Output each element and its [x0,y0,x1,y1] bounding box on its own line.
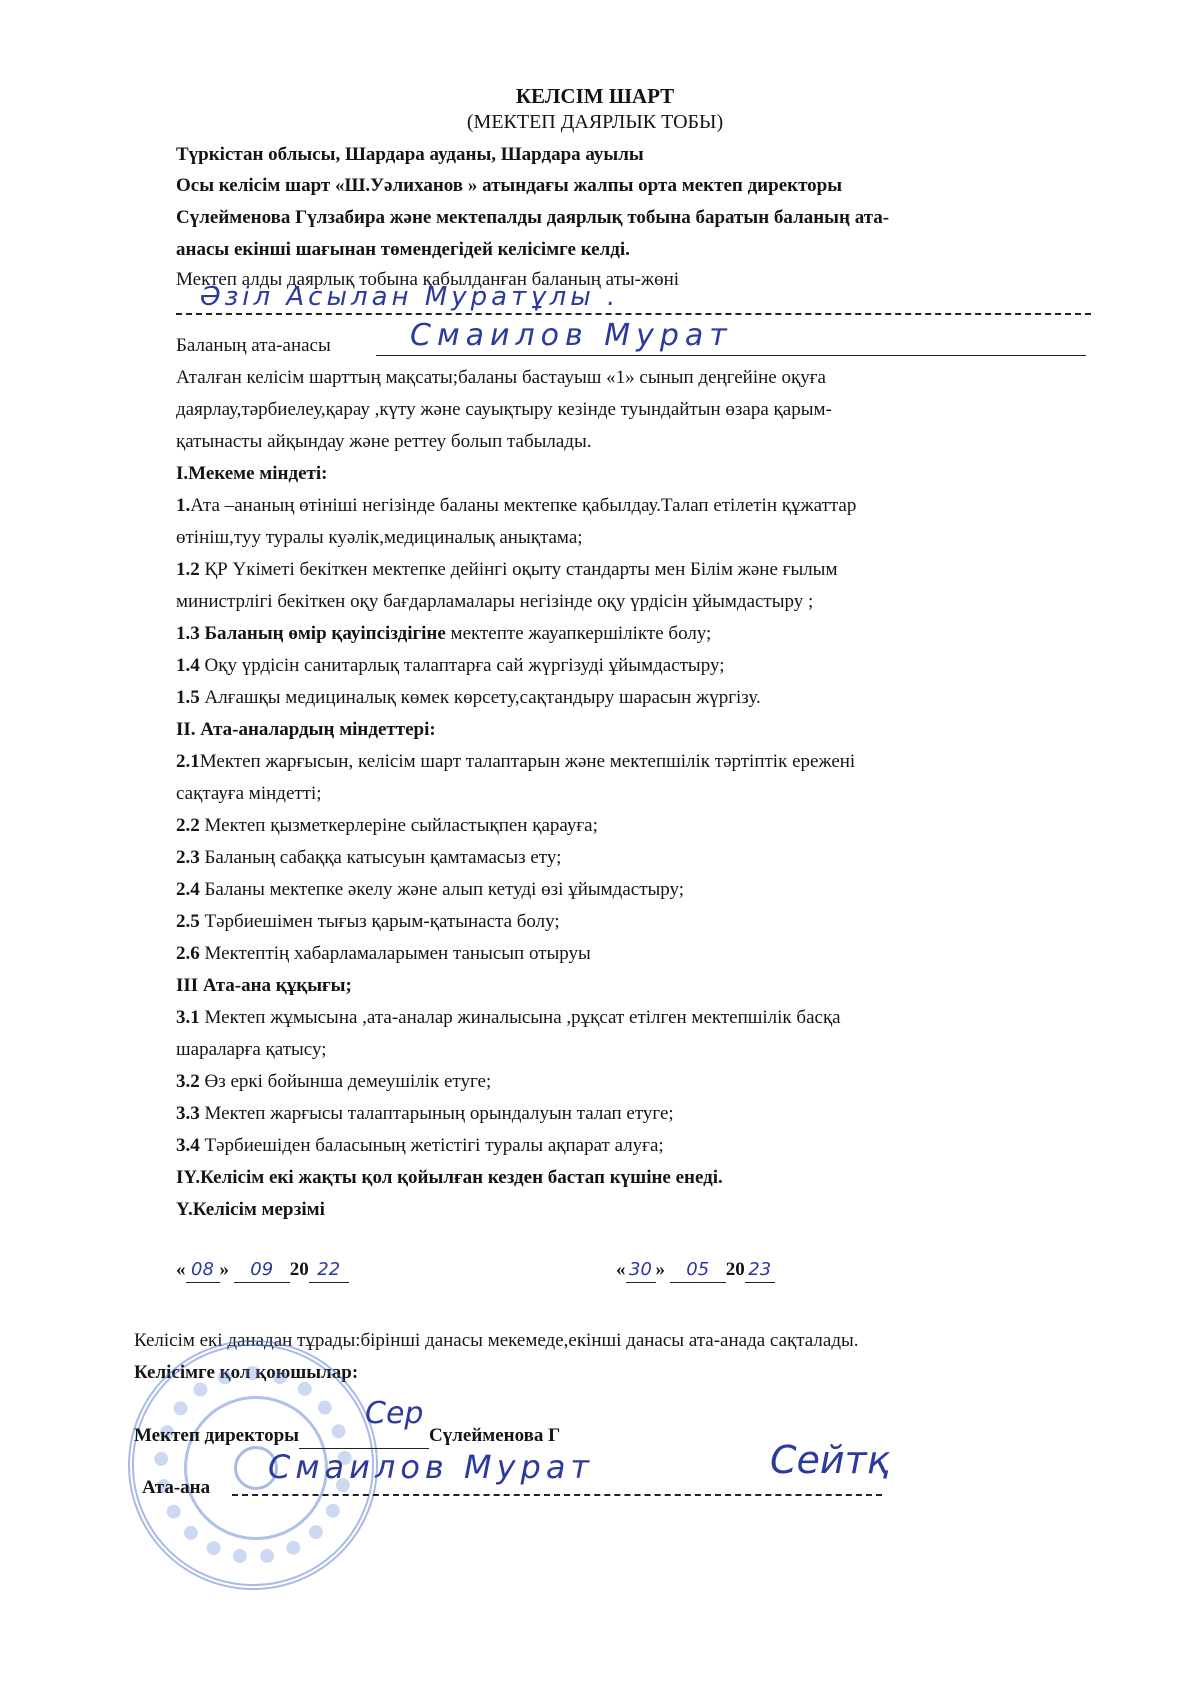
item-number: 1.3 [176,623,200,644]
intro-line-3: анасы екінші шағынан төмендегідей келісі… [176,238,630,262]
section1-item-2-cont: министрлігі бекіткен оқу бағдарламалары … [176,590,813,614]
item-text: Мектеп жұмысына ,ата-аналар жиналысына ,… [200,1007,841,1028]
director-line: Мектеп директоры Сүлейменова Г [134,1424,560,1449]
section2-item-5: 2.5 Тәрбиешімен тығыз қарым-қатынаста бо… [176,910,560,934]
item-number: 3.3 [176,1103,200,1124]
section2-heading: II. Ата-аналардың міндеттері: [176,718,436,742]
item-text: Тәрбиешімен тығыз қарым-қатынаста болу; [200,911,560,932]
date-start-year[interactable]: 22 [309,1258,349,1283]
section1-item-3: 1.3 Баланың өмір қауіпсіздігіне мектепте… [176,622,711,646]
section1-heading: I.Мекеме міндеті: [176,462,327,486]
purpose-line-1: Аталған келісім шарттың мақсаты;баланы б… [176,366,826,390]
item-number: 2.6 [176,943,200,964]
parent-sign-value[interactable]: Смаилов Мурат [268,1448,594,1486]
section2-item-4: 2.4 Баланы мектепке әкелу және алып кету… [176,878,684,902]
item-bold-text: Баланың өмір қауіпсіздігіне [200,623,446,644]
section1-item-1: 1.Ата –ананың өтініші негізінде баланы м… [176,494,856,518]
document-subtitle: (МЕКТЕП ДАЯРЛЫК ТОБЫ) [0,110,1190,134]
item-text: Оқу үрдісін санитарлық талаптарға сай жү… [200,655,725,676]
item-number: 2.4 [176,879,200,900]
item-text: Мектеп жарғысы талаптарының орындалуын т… [200,1103,674,1124]
intro-line-2: Сүлейменова Гүлзабира және мектепалды да… [176,206,889,230]
section3-item-3: 3.3 Мектеп жарғысы талаптарының орындалу… [176,1102,674,1126]
item-text: Баланың сабаққа катысуын қамтамасыз ету; [200,847,562,868]
item-text: Мектептің хабарламаларымен танысып отыру… [200,943,591,964]
director-label: Мектеп директоры [134,1425,299,1446]
section3-item-1: 3.1 Мектеп жұмысына ,ата-аналар жиналысы… [176,1006,841,1030]
section4-text: IY.Келісім екі жақты қол қойылған кезден… [176,1166,723,1190]
item-number: 2.5 [176,911,200,932]
location-line: Түркістан облысы, Шардара ауданы, Шардар… [176,143,644,167]
date-start-century: 20 [290,1259,309,1280]
item-number: 1.2 [176,559,200,580]
parent-sign-line [232,1494,882,1496]
section3-item-4: 3.4 Тәрбиешіден баласының жетістігі тура… [176,1134,664,1158]
section1-item-4: 1.4 Оқу үрдісін санитарлық талаптарға са… [176,654,724,678]
purpose-line-2: даярлау,тәрбиелеу,қарау ,күту және сауық… [176,398,832,422]
item-text: Өз еркі бойынша демеушілік етуге; [200,1071,491,1092]
date-start: «08» 092022 [176,1258,349,1283]
director-name: Сүлейменова Г [429,1425,560,1446]
parent-name-line [376,355,1086,356]
date-end-century: 20 [726,1259,745,1280]
section2-item-3: 2.3 Баланың сабаққа катысуын қамтамасыз … [176,846,561,870]
section2-item-6: 2.6 Мектептің хабарламаларымен танысып о… [176,942,591,966]
contract-page: КЕЛСІМ ШАРТ (МЕКТЕП ДАЯРЛЫК ТОБЫ) Түркіс… [0,0,1190,1683]
section5-heading: Y.Келісім мерзімі [176,1198,325,1222]
item-number: 1. [176,495,190,516]
parent-label: Баланың ата-анасы [176,334,331,358]
purpose-line-3: қатынасты айқындау және реттеу болып таб… [176,430,592,454]
date-end-year[interactable]: 23 [745,1258,775,1283]
item-number: 3.1 [176,1007,200,1028]
item-number: 2.1 [176,751,200,772]
item-number: 3.4 [176,1135,200,1156]
section1-item-2: 1.2 ҚР Үкіметі бекіткен мектепке дейінгі… [176,558,837,582]
section2-item-1: 2.1Мектеп жарғысын, келісім шарт талапта… [176,750,855,774]
date-end-month[interactable]: 05 [670,1258,726,1283]
item-text: Мектеп қызметкерлеріне сыйластықпен қара… [200,815,598,836]
section3-heading: III Ата-ана құқығы; [176,974,352,998]
item-number: 1.4 [176,655,200,676]
item-number: 2.3 [176,847,200,868]
parent-name-value[interactable]: Смаилов Мурат [410,318,733,353]
date-end-day[interactable]: 30 [626,1258,656,1283]
parent-sign-label: Ата-ана [142,1476,210,1500]
item-text: Мектеп жарғысын, келісім шарт талаптарын… [200,751,855,772]
section3-item-1-cont: шараларға қатысу; [176,1038,327,1062]
item-text: Ата –ананың өтініші негізінде баланы мек… [190,495,856,516]
item-text: Алғашқы медициналық көмек көрсету,сақтан… [200,687,761,708]
section3-item-2: 3.2 Өз еркі бойынша демеушілік етуге; [176,1070,491,1094]
document-title: КЕЛСІМ ШАРТ [0,84,1190,108]
date-end: «30» 052023 [616,1258,775,1283]
parent-signature: Сейтқ [770,1438,890,1482]
item-text: мектепте жауапкершілікте болу; [446,623,712,644]
section2-item-1-cont: сақтауға міндетті; [176,782,322,806]
section2-item-2: 2.2 Мектеп қызметкерлеріне сыйластықпен … [176,814,598,838]
section1-item-5: 1.5 Алғашқы медициналық көмек көрсету,са… [176,686,761,710]
item-number: 2.2 [176,815,200,836]
date-start-day[interactable]: 08 [186,1258,220,1283]
item-text: ҚР Үкіметі бекіткен мектепке дейінгі оқы… [200,559,838,580]
item-number: 1.5 [176,687,200,708]
item-text: Тәрбиешіден баласының жетістігі туралы а… [200,1135,664,1156]
intro-line-1: Осы келісім шарт «Ш.Уәлиханов » атындағы… [176,174,842,198]
date-start-month[interactable]: 09 [234,1258,290,1283]
item-text: Баланы мектепке әкелу және алып кетуді ө… [200,879,684,900]
section1-item-1-cont: өтініш,туу туралы куәлік,медициналық аны… [176,526,583,550]
child-name-value[interactable]: Әзіл Асылан Муратұлы . [200,282,619,312]
item-number: 3.2 [176,1071,200,1092]
child-name-line [176,313,1091,315]
director-signature: Сер [365,1396,423,1431]
